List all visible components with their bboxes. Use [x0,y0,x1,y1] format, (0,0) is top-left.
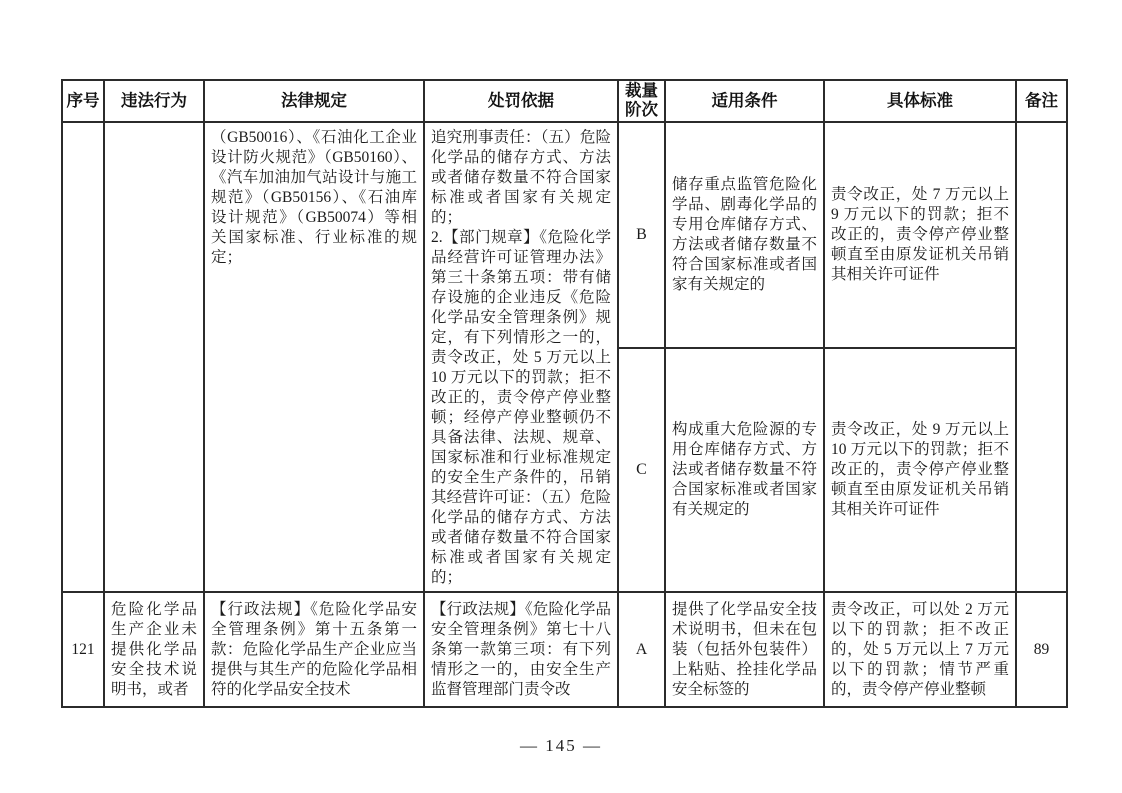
col-header-discretion-tier: 裁量阶次 [618,80,665,122]
cell-condition-c: 构成重大危险源的专用仓库储存方式、方法或者储存数量不符合国家标准或者国家有关规定… [665,348,824,592]
cell-discretion-tier-b: B [618,122,665,348]
cell-standard-b: 责令改正，处 7 万元以上 9 万元以下的罚款；拒不改正的，责令停产停业整顿直至… [824,122,1016,348]
col-header-remark: 备注 [1016,80,1067,122]
cell-discretion-tier-121: A [618,592,665,707]
cell-condition-121: 提供了化学品安全技术说明书，但未在包装（包括外包装件）上粘贴、拴挂化学品安全标签… [665,592,824,707]
cell-number-121: 121 [62,592,104,707]
col-header-violation: 违法行为 [104,80,204,122]
cell-remark-121: 89 [1016,592,1067,707]
cell-violation-121: 危险化学品生产企业未提供化学品安全技术说明书，或者 [104,592,204,707]
cell-penalty-basis-121: 【行政法规】《危险化学品安全管理条例》第七十八条第一款第三项：有下列情形之一的，… [424,592,618,707]
table-row-121: 121 危险化学品生产企业未提供化学品安全技术说明书，或者 【行政法规】《危险化… [62,592,1067,707]
col-header-legal-provision: 法律规定 [204,80,424,122]
cell-condition-b: 储存重点监管危险化学品、剧毒化学品的专用仓库储存方式、方法或者储存数量不符合国家… [665,122,824,348]
cell-legal-provision: （GB50016）、《石油化工企业设计防火规范》（GB50160）、《汽车加油加… [204,122,424,592]
cell-number [62,122,104,592]
regulation-table: 序号 违法行为 法律规定 处罚依据 裁量阶次 适用条件 具体标准 备注 （GB5… [61,79,1068,708]
cell-standard-121: 责令改正，可以处 2 万元以下的罚款；拒不改正的，处 5 万元以上 7 万元以下… [824,592,1016,707]
col-header-specific-standard: 具体标准 [824,80,1016,122]
cell-violation [104,122,204,592]
table-row-continuation-subrow-b: （GB50016）、《石油化工企业设计防火规范》（GB50160）、《汽车加油加… [62,122,1067,348]
cell-penalty-basis: 追究刑事责任：（五）危险化学品的储存方式、方法或者储存数量不符合国家标准或者国家… [424,122,618,592]
document-page: 序号 违法行为 法律规定 处罚依据 裁量阶次 适用条件 具体标准 备注 （GB5… [0,0,1122,793]
col-header-number: 序号 [62,80,104,122]
cell-discretion-tier-c: C [618,348,665,592]
col-header-applicable-condition: 适用条件 [665,80,824,122]
cell-legal-provision-121: 【行政法规】《危险化学品安全管理条例》第十五条第一款：危险化学品生产企业应当提供… [204,592,424,707]
table-header-row: 序号 违法行为 法律规定 处罚依据 裁量阶次 适用条件 具体标准 备注 [62,80,1067,122]
col-header-penalty-basis: 处罚依据 [424,80,618,122]
cell-standard-c: 责令改正，处 9 万元以上 10 万元以下的罚款；拒不改正的，责令停产停业整顿直… [824,348,1016,592]
page-number: — 145 — [0,736,1122,756]
cell-remark [1016,122,1067,592]
